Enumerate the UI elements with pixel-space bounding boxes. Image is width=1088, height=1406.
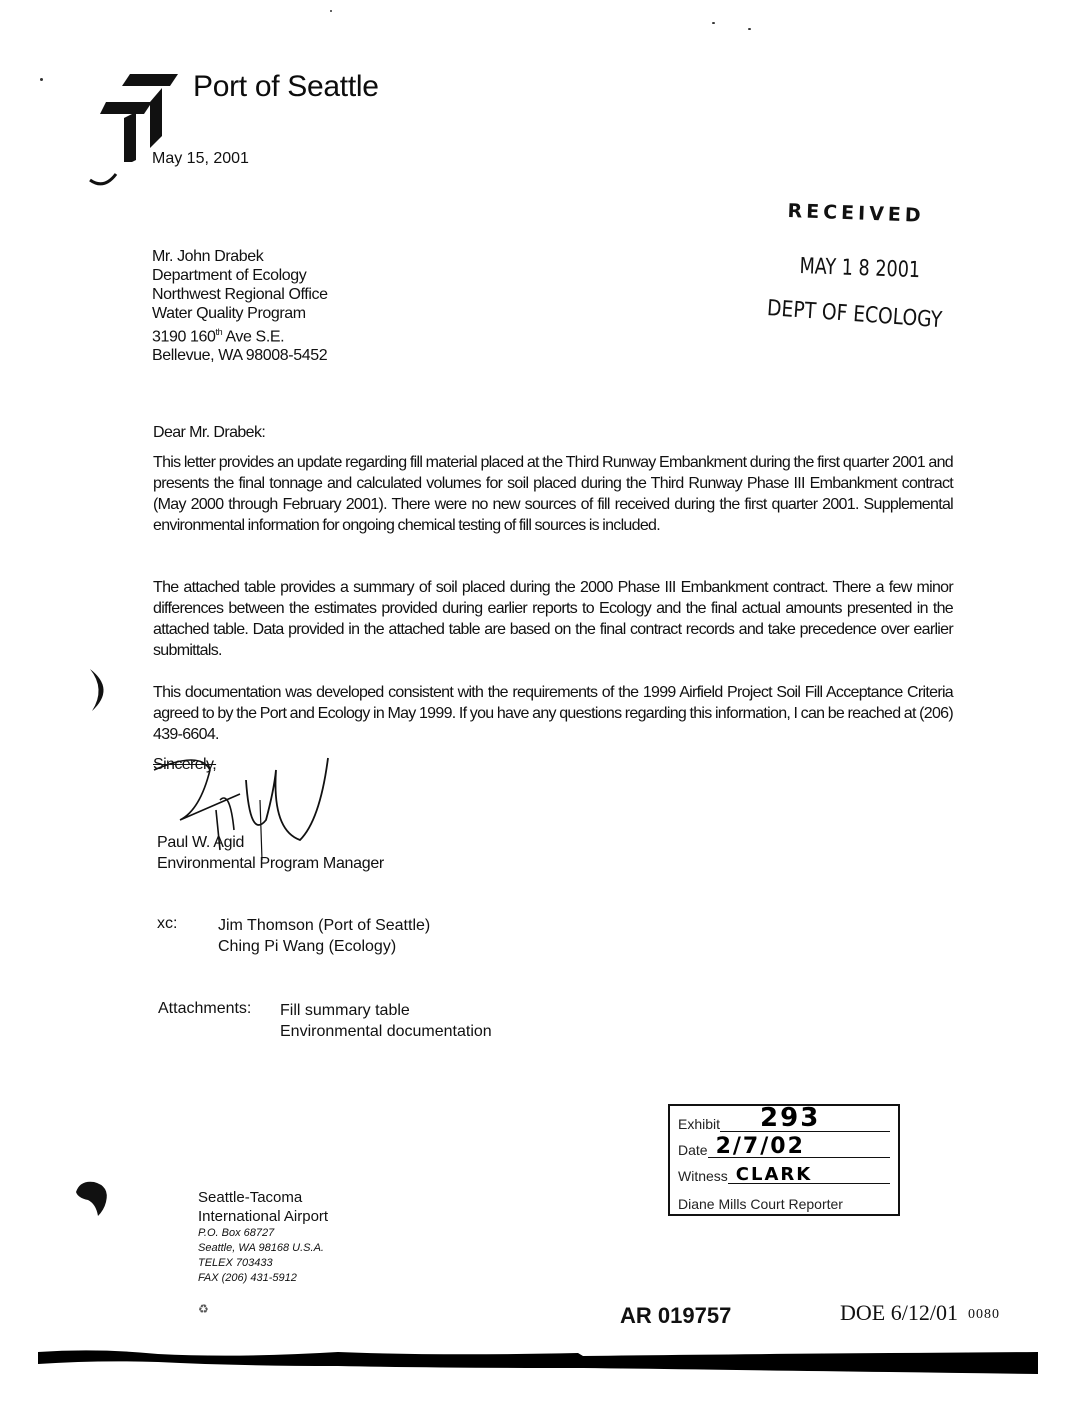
attachment-item: Environmental documentation <box>280 1021 492 1042</box>
cc-list: Jim Thomson (Port of Seattle) Ching Pi W… <box>218 915 430 957</box>
witness-name: CLARK <box>736 1164 812 1185</box>
airport-po-box: P.O. Box 68727 <box>198 1226 328 1241</box>
attachments-list: Fill summary table Environmental documen… <box>280 1000 492 1042</box>
exhibit-number: 293 <box>760 1103 820 1133</box>
recipient-office: Northwest Regional Office <box>152 285 328 304</box>
signer-block: Paul W. Agid Environmental Program Manag… <box>157 832 384 874</box>
doe-page-number: 0080 <box>968 1307 1000 1323</box>
scan-mark-icon <box>88 170 118 190</box>
court-reporter: Diane Mills Court Reporter <box>678 1196 843 1212</box>
airport-name-line: International Airport <box>198 1207 328 1226</box>
exhibit-date: 2/7/02 <box>716 1134 805 1159</box>
body-paragraph-3: This documentation was developed consist… <box>153 682 953 745</box>
scan-mark-paren-icon <box>86 665 116 713</box>
attachment-item: Fill summary table <box>280 1000 492 1021</box>
body-paragraph-2: The attached table provides a summary of… <box>153 577 953 661</box>
signer-title: Environmental Program Manager <box>157 853 384 874</box>
port-emblem-icon <box>74 1180 110 1216</box>
reporter-row: Diane Mills Court Reporter <box>678 1190 890 1212</box>
airport-name-line: Seattle-Tacoma <box>198 1188 328 1207</box>
scan-speck <box>330 10 332 12</box>
scan-speck <box>748 28 751 30</box>
scan-speck <box>40 78 43 81</box>
airport-address: Seattle-Tacoma International Airport P.O… <box>198 1188 328 1286</box>
scan-edge-bar <box>38 1350 1038 1374</box>
recipient-name: Mr. John Drabek <box>152 247 328 266</box>
recipient-department: Department of Ecology <box>152 266 328 285</box>
signer-name: Paul W. Agid <box>157 832 384 853</box>
recipient-program: Water Quality Program <box>152 304 328 323</box>
recipient-address: Mr. John Drabek Department of Ecology No… <box>152 247 328 365</box>
port-of-seattle-logo-icon <box>100 62 180 162</box>
record-number: AR 019757 <box>620 1303 731 1329</box>
airport-fax: FAX (206) 431-5912 <box>198 1271 328 1286</box>
cc-recipient: Ching Pi Wang (Ecology) <box>218 936 430 957</box>
exhibit-stamp: Exhibit 293 Date 2/7/02 Witness CLARK Di… <box>668 1104 900 1216</box>
date-label: Date <box>678 1142 708 1158</box>
received-stamp-dept: DEPT OF ECOLOGY <box>766 296 943 333</box>
airport-city: Seattle, WA 98168 U.S.A. <box>198 1241 328 1256</box>
airport-telex: TELEX 703433 <box>198 1256 328 1271</box>
cc-recipient: Jim Thomson (Port of Seattle) <box>218 915 430 936</box>
exhibit-row: Exhibit 293 <box>678 1110 890 1132</box>
received-stamp-date: MAY 1 8 2001 <box>799 254 920 283</box>
recipient-street: 3190 160th Ave S.E. <box>152 323 328 346</box>
witness-label: Witness <box>678 1168 728 1184</box>
organization-name: Port of Seattle <box>193 70 379 104</box>
doe-stamp: DOE 6/12/01 <box>840 1300 958 1326</box>
recycled-paper-icon: ♻ <box>198 1302 209 1316</box>
attachments-label: Attachments: <box>158 1000 251 1018</box>
salutation: Dear Mr. Drabek: <box>153 424 265 442</box>
body-paragraph-1: This letter provides an update regarding… <box>153 452 953 536</box>
witness-row: Witness CLARK <box>678 1162 890 1184</box>
received-stamp-title: RECEIVED <box>787 200 925 227</box>
letter-date: May 15, 2001 <box>152 150 249 168</box>
cc-label: xc: <box>157 915 177 933</box>
exhibit-label: Exhibit <box>678 1116 720 1132</box>
scan-speck <box>712 22 715 24</box>
recipient-city: Bellevue, WA 98008-5452 <box>152 346 328 365</box>
date-row: Date 2/7/02 <box>678 1136 890 1158</box>
